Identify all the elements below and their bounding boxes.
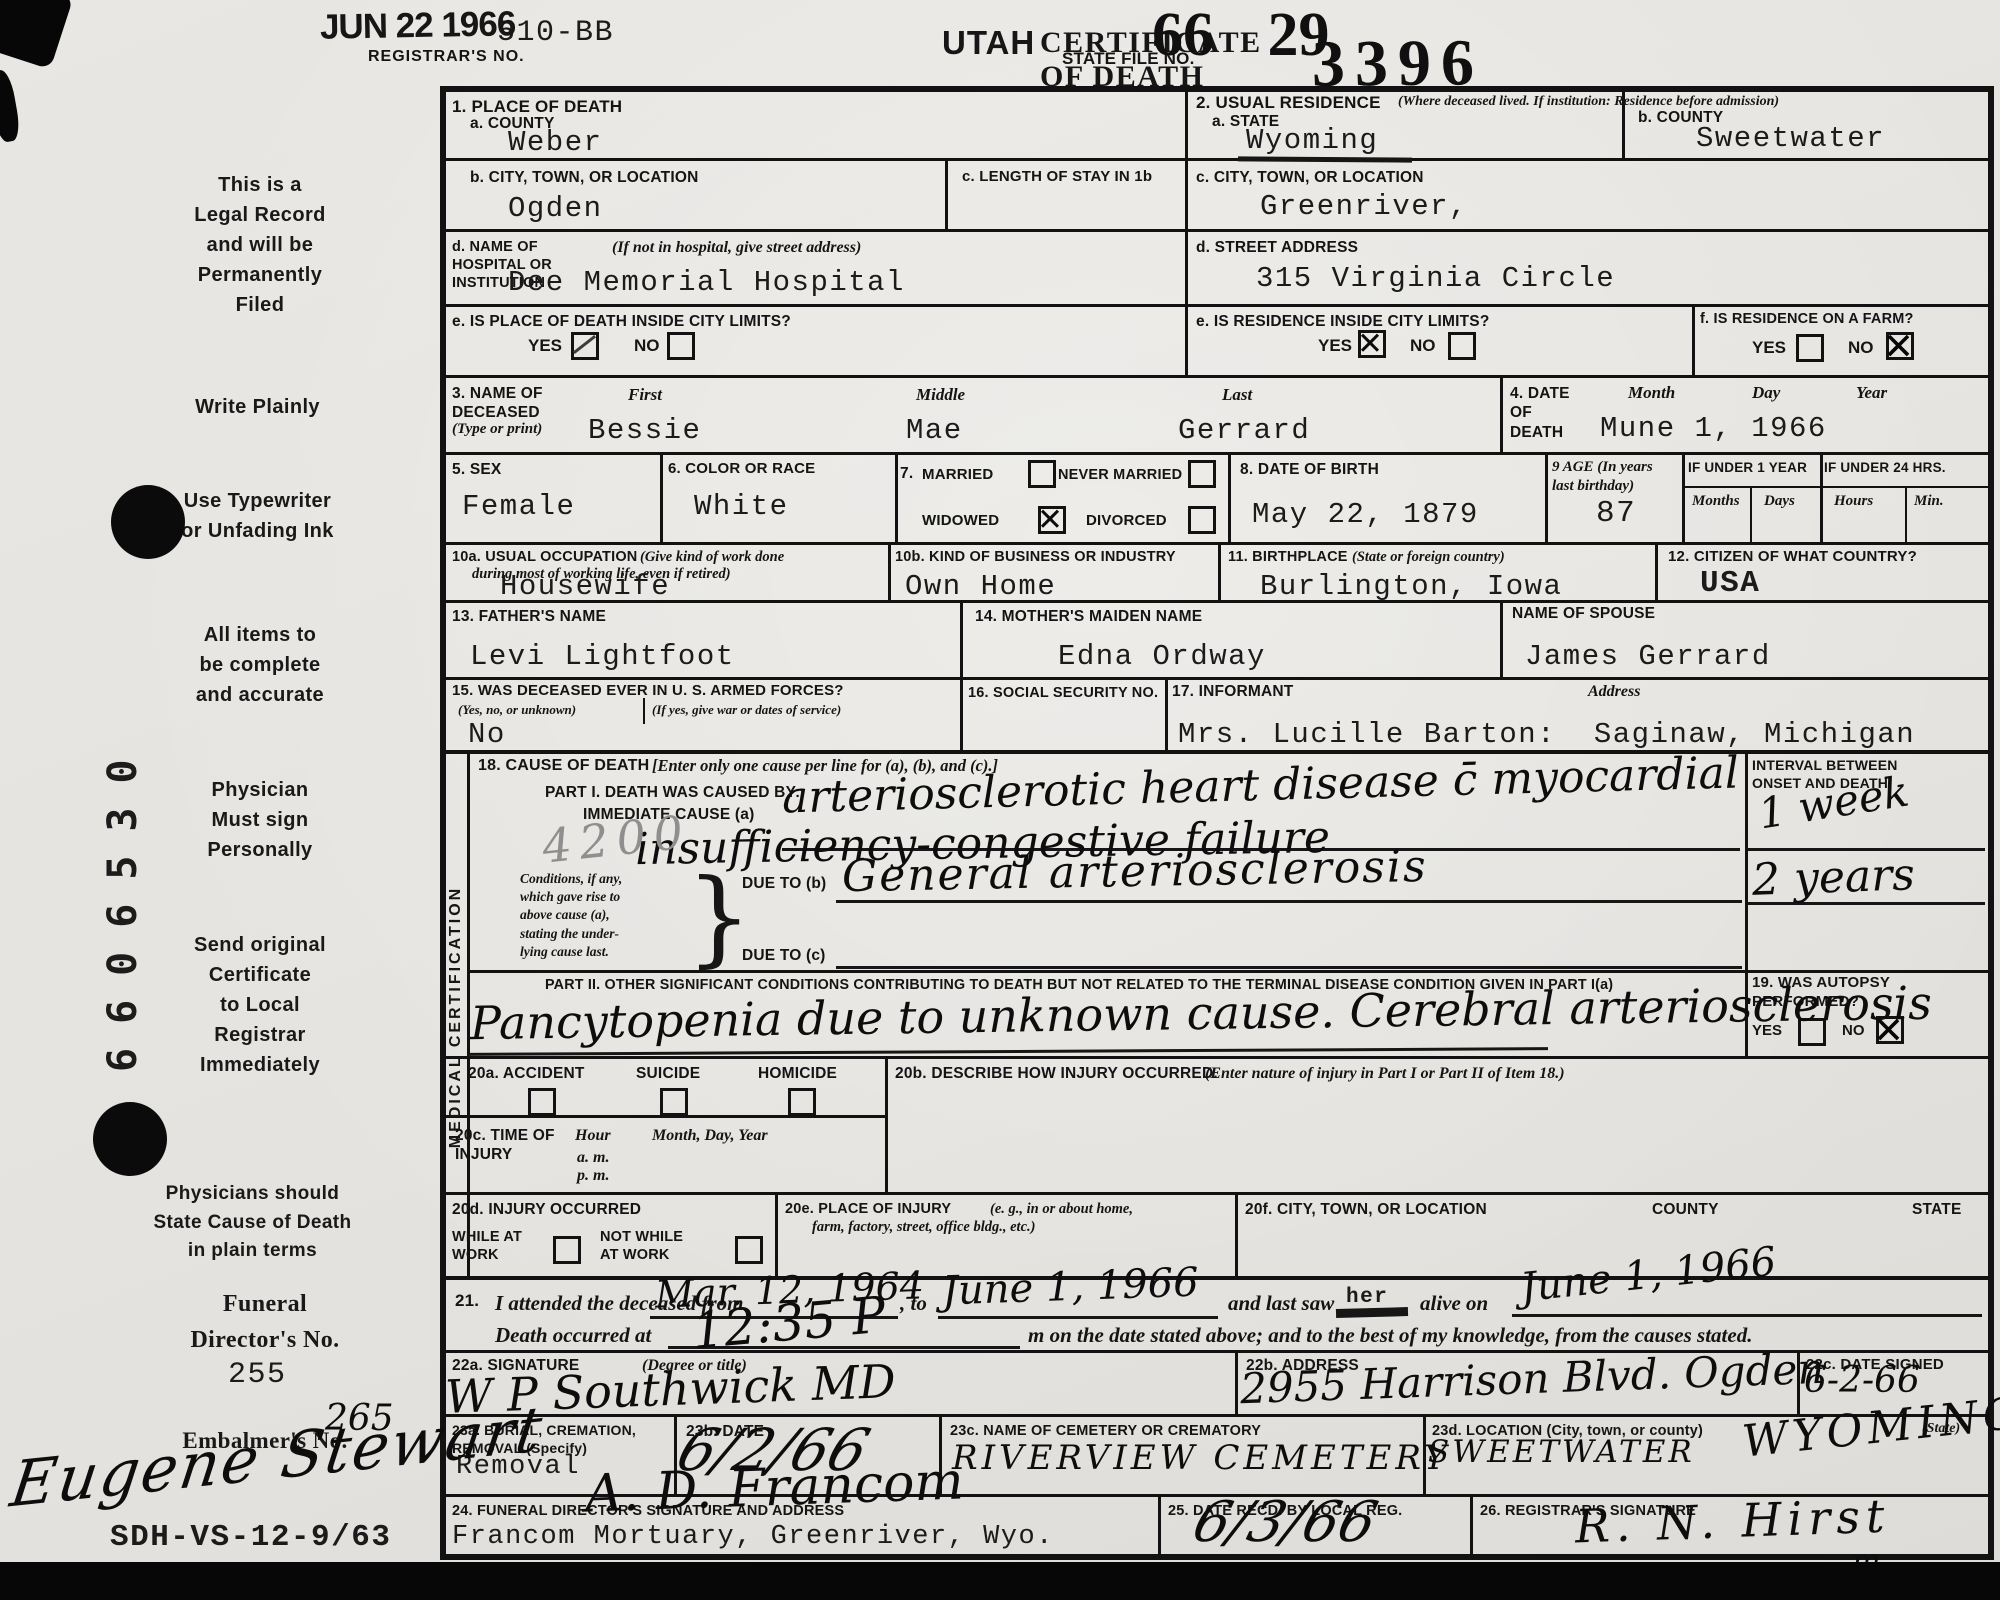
field-3-hint: (Type or print) — [452, 420, 542, 439]
field-11-value: Burlington, Iowa — [1260, 570, 1562, 603]
field-9-under24-label: IF UNDER 24 HRS. — [1824, 460, 1946, 477]
field-2a-underline — [1238, 156, 1412, 162]
field-6-value: White — [694, 490, 789, 523]
checkbox-divorced — [1188, 506, 1216, 534]
field-20c-am-label: a. m. — [577, 1148, 609, 1168]
field-20c-mdy-label: Month, Day, Year — [652, 1126, 768, 1146]
scan-bottom-band — [0, 1562, 2000, 1600]
field-2f-label: f. IS RESIDENCE ON A FARM? — [1700, 310, 1914, 328]
field-2d-label: d. STREET ADDRESS — [1196, 238, 1358, 257]
cemetery-name: Riverview Cemetery — [952, 1438, 1450, 1478]
checkbox-place-limits-yes — [571, 332, 599, 360]
physician-address: 2955 Harrison Blvd. Ogden — [1239, 1344, 1825, 1413]
field-1b-value: Ogden — [508, 192, 603, 225]
field-1a-value: Weber — [508, 126, 603, 159]
field-20e-hint1: (e. g., in or about home, — [990, 1200, 1133, 1218]
field-3-middle-label: Middle — [916, 384, 965, 405]
field-10b-value: Own Home — [905, 570, 1056, 603]
field-15-hint2: (If yes, give war or dates of service) — [652, 702, 841, 718]
field-21-her: her — [1346, 1286, 1388, 1309]
field-14-label: 14. MOTHER'S MAIDEN NAME — [975, 607, 1202, 626]
field-2a-value: Wyoming — [1246, 124, 1378, 157]
field-10a-value: Housewife — [500, 570, 670, 603]
funeral-director-signature: A. D. Francom — [584, 1451, 965, 1524]
checkbox-suicide — [660, 1088, 688, 1116]
field-20b-hint: (Enter nature of injury in Part I or Par… — [1205, 1064, 1565, 1084]
field-7-divorced-label: DIVORCED — [1086, 512, 1167, 531]
form-title-state: UTAH — [942, 24, 1035, 62]
field-17-label: 17. INFORMANT — [1172, 682, 1293, 701]
field-3-header: 3. NAME OF DECEASED — [452, 384, 543, 423]
field-20a-label: 20a. ACCIDENT — [468, 1064, 585, 1083]
checkbox-accident — [528, 1088, 556, 1116]
checkbox-farm-no — [1886, 332, 1914, 360]
registrar-signature: R. N. Hirst — [1574, 1489, 1891, 1554]
field-4-year-label: Year — [1856, 382, 1887, 403]
checkbox-widowed — [1038, 506, 1066, 534]
margin-write-plainly: Write Plainly — [150, 392, 365, 422]
attended-to: June 1, 1966 — [941, 1260, 1199, 1315]
field-21-t3: and last saw — [1228, 1290, 1334, 1316]
field-4-day-label: Day — [1752, 382, 1780, 403]
field-7-married-label: MARRIED — [922, 466, 993, 485]
field-15-label: 15. WAS DECEASED EVER IN U. S. ARMED FOR… — [452, 682, 844, 701]
medical-certification-label: MEDICAL CERTIFICATION — [447, 762, 465, 1272]
checkbox-place-limits-no — [667, 332, 695, 360]
field-20d-label: 20d. INJURY OCCURRED — [452, 1200, 641, 1219]
last-seen-alive: June 1, 1966 — [1518, 1239, 1778, 1312]
field-2e-no-label: NO — [1410, 336, 1436, 356]
checkbox-homicide — [788, 1088, 816, 1116]
field-1e-yes-label: YES — [528, 336, 562, 356]
death-certificate-scan: JUN 22 1966 510-BB REGISTRAR'S NO. UTAH … — [0, 0, 2000, 1600]
interval-b: 2 years — [1751, 849, 1915, 906]
field-6-label: 6. COLOR OR RACE — [668, 460, 815, 479]
field-17-address-label: Address — [1588, 682, 1640, 702]
field-20d-while-label: WHILE AT WORK — [452, 1228, 522, 1264]
state-file-number-1: 66 29 — [1152, 0, 1330, 71]
field-12-label: 12. CITIZEN OF WHAT COUNTRY? — [1668, 548, 1917, 567]
field-18-due-c-label: DUE TO (c) — [742, 946, 826, 965]
field-1d-value: Dee Memorial Hospital — [508, 266, 905, 299]
cause-b: General arteriosclerosis — [842, 841, 1428, 902]
field-9-months-label: Months — [1692, 492, 1740, 511]
field-20e-label: 20e. PLACE OF INJURY — [785, 1200, 951, 1218]
field-20f-county-label: COUNTY — [1652, 1200, 1719, 1219]
field-7-num: 7. — [900, 464, 913, 483]
field-2c-value: Greenriver, — [1260, 190, 1468, 223]
field-3-first-label: First — [628, 384, 662, 405]
date-received-stamp: JUN 22 1966 — [320, 4, 516, 47]
field-20c-pm-label: p. m. — [577, 1166, 609, 1186]
scan-corner-blob — [0, 0, 74, 69]
field-13-value: Levi Lightfoot — [470, 640, 735, 673]
checkbox-while-at-work — [553, 1236, 581, 1264]
field-9-value: 87 — [1596, 496, 1636, 531]
funeral-directors-no: 255 — [228, 1358, 287, 1392]
punch-hole-top — [111, 485, 185, 559]
field-20a-suicide-label: SUICIDE — [636, 1064, 700, 1083]
field-18-part1-label: PART I. DEATH WAS CAUSED BY: — [545, 783, 800, 802]
field-7-widowed-label: WIDOWED — [922, 512, 999, 531]
checkbox-married — [1028, 460, 1056, 488]
field-21-t5: Death occurred at — [495, 1322, 651, 1348]
field-20a-homicide-label: HOMICIDE — [758, 1064, 837, 1083]
margin-all-items: All items to be complete and accurate — [165, 620, 355, 710]
checkbox-never-married — [1188, 460, 1216, 488]
field-4-month-label: Month — [1628, 382, 1675, 403]
field-9-label: 9 AGE (In years last birthday) — [1552, 458, 1653, 496]
field-9-under1-label: IF UNDER 1 YEAR — [1688, 460, 1807, 477]
field-18-conditions-note: Conditions, if any, which gave rise to a… — [520, 870, 622, 961]
field-2f-no-label: NO — [1848, 338, 1874, 358]
field-20e-hint2: farm, factory, street, office bldg., etc… — [812, 1218, 1035, 1236]
field-10b-label: 10b. KIND OF BUSINESS OR INDUSTRY — [895, 548, 1176, 566]
state-file-number-2: 3396 — [1312, 25, 1485, 102]
field-7-never-label: NEVER MARRIED — [1058, 466, 1182, 484]
field-4-value: Mune 1, 1966 — [1600, 412, 1827, 445]
field-17-value: Mrs. Lucille Barton: Saginaw, Michigan — [1178, 718, 1915, 751]
field-20b-label: 20b. DESCRIBE HOW INJURY OCCURRED. — [895, 1064, 1218, 1083]
form-border-left — [440, 86, 446, 1560]
field-21-num: 21. — [455, 1290, 479, 1311]
field-14-value: Edna Ordway — [1058, 640, 1266, 673]
vertical-file-number: 6606530 — [100, 572, 146, 1072]
registrars-no-label: REGISTRAR'S NO. — [368, 47, 525, 67]
field-20f-state-label: STATE — [1912, 1200, 1962, 1219]
burial-county: Sweetwater — [1428, 1434, 1695, 1470]
field-9-min-label: Min. — [1914, 492, 1944, 511]
field-1d-hint: (If not in hospital, give street address… — [612, 238, 861, 258]
field-2e-label: e. IS RESIDENCE INSIDE CITY LIMITS? — [1196, 312, 1490, 331]
field-5-label: 5. SEX — [452, 460, 501, 479]
margin-funeral-directors-label: Funeral Director's No. — [150, 1286, 380, 1358]
field-20c-label: 20c. TIME OF INJURY — [455, 1126, 555, 1165]
field-2b-value: Sweetwater — [1696, 122, 1885, 155]
margin-send-original: Send original Certificate to Local Regis… — [165, 930, 355, 1080]
field-2e-yes-label: YES — [1318, 336, 1352, 356]
field-21-t6: m on the date stated above; and to the b… — [1028, 1322, 1752, 1348]
field-12-value: USA — [1700, 566, 1760, 601]
field-9-days-label: Days — [1764, 492, 1795, 511]
form-border-right — [1988, 86, 1994, 1560]
scan-edge-blob — [0, 68, 22, 143]
field-3-last-value: Gerrard — [1178, 414, 1310, 447]
checkbox-res-limits-no — [1448, 332, 1476, 360]
field-11-hint: (State or foreign country) — [1352, 548, 1505, 566]
field-20c-hour-label: Hour — [575, 1126, 611, 1146]
checkbox-farm-yes — [1796, 334, 1824, 362]
margin-legal-record: This is a Legal Record and will be Perma… — [165, 170, 355, 320]
field-spouse-value: James Gerrard — [1525, 640, 1771, 673]
field-3-middle-value: Mae — [906, 414, 963, 447]
field-4-label: 4. DATE OF DEATH — [1510, 384, 1570, 442]
field-1b-label: b. CITY, TOWN, OR LOCATION — [470, 168, 699, 187]
field-spouse-label: NAME OF SPOUSE — [1512, 604, 1655, 623]
field-10a-hint1: (Give kind of work done — [640, 548, 784, 566]
footer-form-code: SDH-VS-12-9/63 — [110, 1520, 391, 1555]
field-1e-no-label: NO — [634, 336, 660, 356]
funeral-home-typed: Francom Mortuary, Greenriver, Wyo. — [452, 1522, 1054, 1552]
field-20f-label: 20f. CITY, TOWN, OR LOCATION — [1245, 1200, 1487, 1219]
field-15-hint1: (Yes, no, or unknown) — [458, 702, 576, 718]
field-11-label: 11. BIRTHPLACE — [1228, 548, 1348, 566]
checkbox-res-limits-yes — [1358, 330, 1386, 358]
field-2d-value: 315 Virginia Circle — [1256, 262, 1615, 295]
field-15-value: No — [468, 718, 506, 751]
field-8-value: May 22, 1879 — [1252, 498, 1479, 531]
field-1c-label: c. LENGTH OF STAY IN 1b — [962, 168, 1152, 187]
field-18-due-b-label: DUE TO (b) — [742, 874, 826, 893]
field-2f-yes-label: YES — [1752, 338, 1786, 358]
field-13-label: 13. FATHER'S NAME — [452, 607, 606, 626]
checkbox-not-while-at-work — [735, 1236, 763, 1264]
field-20d-notwhile-label: NOT WHILE AT WORK — [600, 1228, 683, 1264]
punch-hole-bottom — [93, 1102, 167, 1176]
margin-physician-sign: Physician Must sign Personally — [165, 775, 355, 865]
date-received-local: 6/3/66 — [1186, 1490, 1384, 1555]
field-1e-label: e. IS PLACE OF DEATH INSIDE CITY LIMITS? — [452, 312, 791, 331]
field-5-value: Female — [462, 490, 575, 523]
field-21-t4: alive on — [1420, 1290, 1488, 1316]
field-18-label: 18. CAUSE OF DEATH — [478, 756, 649, 776]
field-3-last-label: Last — [1222, 384, 1252, 405]
field-3-first-value: Bessie — [588, 414, 701, 447]
field-16-label: 16. SOCIAL SECURITY NO. — [968, 684, 1158, 702]
margin-physicians-should: Physicians should State Cause of Death i… — [130, 1180, 375, 1266]
field-8-label: 8. DATE OF BIRTH — [1240, 460, 1379, 479]
field-9-hours-label: Hours — [1834, 492, 1873, 511]
field-2c-label: c. CITY, TOWN, OR LOCATION — [1196, 168, 1424, 187]
field-10a-label: 10a. USUAL OCCUPATION — [452, 548, 637, 566]
date-signed: 6-2-66 — [1804, 1360, 1920, 1401]
